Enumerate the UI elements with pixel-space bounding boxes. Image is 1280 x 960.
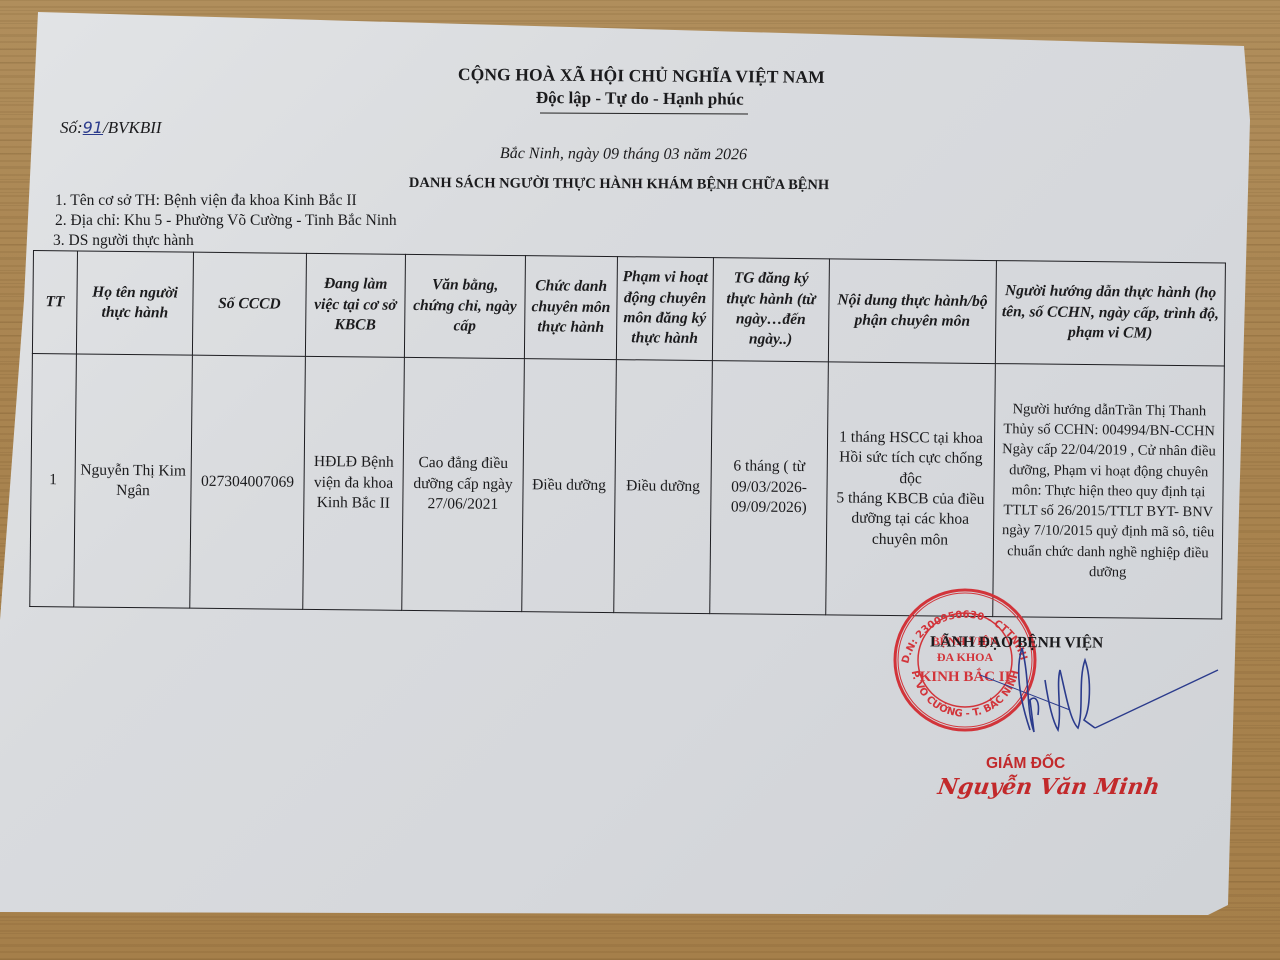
doc-number-prefix: Số: xyxy=(60,118,83,137)
facility-address: 2. Địa chỉ: Khu 5 - Phường Võ Cường - Ti… xyxy=(55,212,397,230)
cell-name: Nguyễn Thị Kim Ngân xyxy=(74,354,193,608)
cell-supervisor: Người hướng dẫnTrần Thị Thanh Thủy số CC… xyxy=(993,364,1225,619)
document-title: DANH SÁCH NGƯỜI THỰC HÀNH KHÁM BỆNH CHỮA… xyxy=(409,175,829,194)
practitioner-table: TT Họ tên người thực hành Số CCCD Đang l… xyxy=(29,250,1226,619)
col-header-scope: Phạm vi hoạt động chuyên môn đăng ký thự… xyxy=(616,257,713,361)
place-date: Bắc Ninh, ngày 09 tháng 03 năm 2026 xyxy=(500,145,747,164)
col-header-workplace: Đang làm việc tại cơ sở KBCB xyxy=(305,253,405,357)
col-header-name: Họ tên người thực hành xyxy=(76,251,193,355)
cell-degree: Cao đẳng điều dưỡng cấp ngày 27/06/2021 xyxy=(402,357,525,611)
table-header-row: TT Họ tên người thực hành Số CCCD Đang l… xyxy=(32,251,1225,366)
cell-content: 1 tháng HSCC tại khoa Hồi sức tích cực c… xyxy=(826,362,996,617)
cell-title: Điều dưỡng xyxy=(522,359,617,613)
practitioner-list-label: 3. DS người thực hành xyxy=(53,232,194,250)
signature-icon xyxy=(960,640,1220,750)
cell-scope: Điều dưỡng xyxy=(614,360,713,614)
col-header-degree: Văn bằng, chứng chỉ, ngày cấp xyxy=(404,254,525,358)
national-title: CỘNG HOÀ XÃ HỘI CHỦ NGHĨA VIỆT NAM xyxy=(458,64,825,88)
facility-name: 1. Tên cơ sở TH: Bệnh viện đa khoa Kinh … xyxy=(55,192,357,210)
col-header-tt: TT xyxy=(32,251,77,354)
col-header-title: Chức danh chuyên môn thực hành xyxy=(524,256,617,360)
doc-number-suffix: /BVKBII xyxy=(103,118,162,137)
cell-cccd: 027304007069 xyxy=(190,355,306,609)
col-header-content: Nội dung thực hành/bộ phận chuyên môn xyxy=(828,259,996,364)
table-row: 1 Nguyễn Thị Kim Ngân 027304007069 HĐLĐ … xyxy=(30,353,1225,618)
col-header-period: TG đăng ký thực hành (từ ngày…đến ngày..… xyxy=(712,258,829,362)
cell-tt: 1 xyxy=(30,353,77,606)
national-motto: Độc lập - Tự do - Hạnh phúc xyxy=(536,88,744,110)
doc-number-handwritten: 91 xyxy=(83,118,103,137)
document-number: Số:91/BVKBII xyxy=(60,118,162,138)
col-header-cccd: Số CCCD xyxy=(192,252,306,356)
col-header-supervisor: Người hướng dẫn thực hành (họ tên, số CC… xyxy=(995,261,1225,366)
cell-workplace: HĐLĐ Bệnh viện đa khoa Kinh Bắc II xyxy=(303,356,405,610)
director-title: GIÁM ĐỐC xyxy=(986,755,1065,773)
cell-period: 6 tháng ( từ 09/03/2026- 09/09/2026) xyxy=(710,361,829,615)
director-name: Nguyễn Văn Minh xyxy=(936,774,1161,800)
